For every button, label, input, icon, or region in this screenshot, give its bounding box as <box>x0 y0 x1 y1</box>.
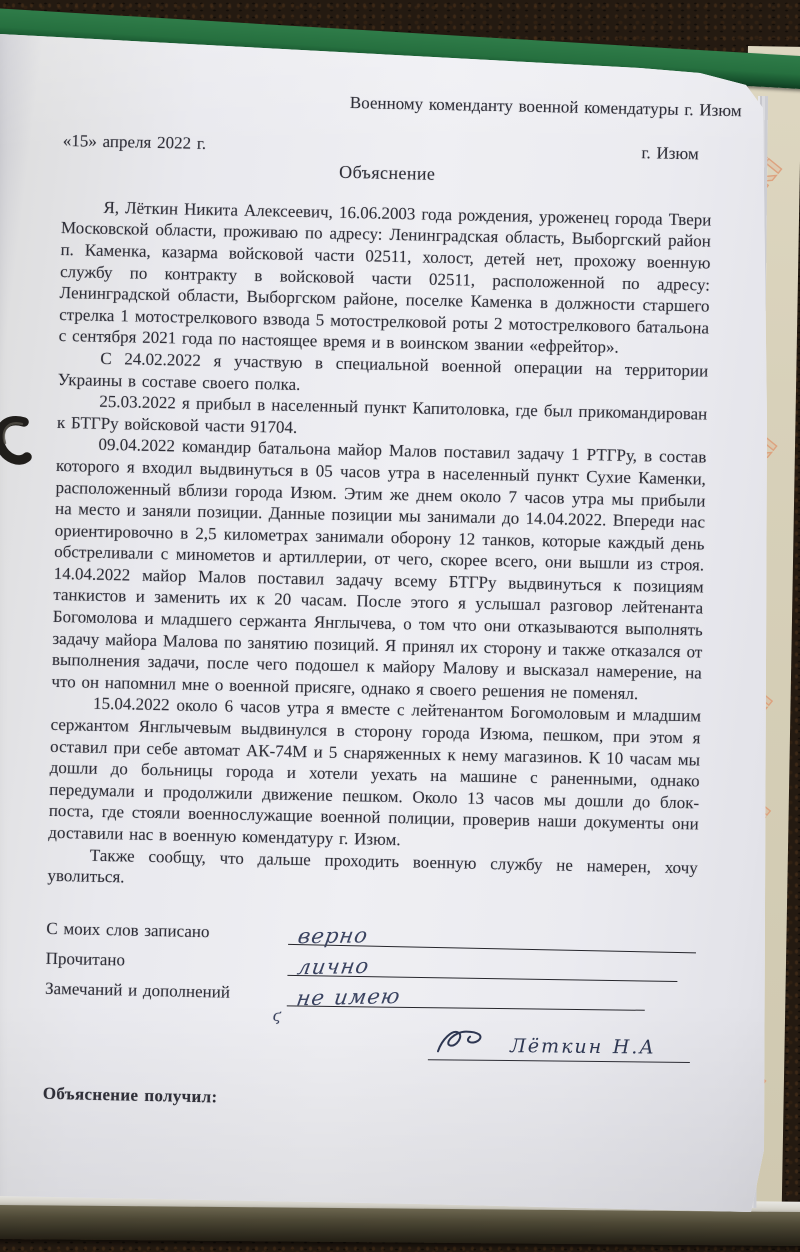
document-content: Военному коменданту военной комендатуры … <box>42 86 714 1135</box>
document-date: «15» апреля 2022 г. <box>63 130 207 155</box>
document-body: Я, Лёткин Никита Алексеевич, 16.06.2003 … <box>47 196 711 900</box>
handwritten-value: не имею <box>295 986 402 1010</box>
form-underline: не имею <box>287 1005 645 1010</box>
body-paragraph: Я, Лёткин Никита Алексеевич, 16.06.2003 … <box>59 196 712 361</box>
form-label: Замечаний и дополнений <box>45 978 287 1005</box>
signature-name: Лёткин Н.А <box>510 1036 656 1059</box>
handwritten-value: лично <box>296 956 371 979</box>
binder-clip <box>0 414 34 477</box>
signature-line: Лёткин Н.А <box>428 1025 690 1063</box>
document-place: г. Изюм <box>641 142 699 165</box>
received-label: Объяснение получил: <box>43 1083 693 1118</box>
table-edge <box>0 1205 800 1246</box>
handwritten-value: верно <box>296 926 370 948</box>
body-paragraph: 15.04.2022 около 6 часов утра я вместе с… <box>48 692 701 857</box>
body-paragraph: 09.04.2022 командир батальона майор Мало… <box>51 433 706 706</box>
signature-flourish <box>434 1025 498 1061</box>
photo-scene: Ski Ski Ski Ski Ski Военному коменданту … <box>0 0 800 1252</box>
signature-row: Лёткин Н.А <box>44 1016 695 1065</box>
attestation-form: С моих слов записано верно Прочитано лич… <box>43 910 697 1118</box>
pen-mark: ϛ <box>272 1005 281 1027</box>
